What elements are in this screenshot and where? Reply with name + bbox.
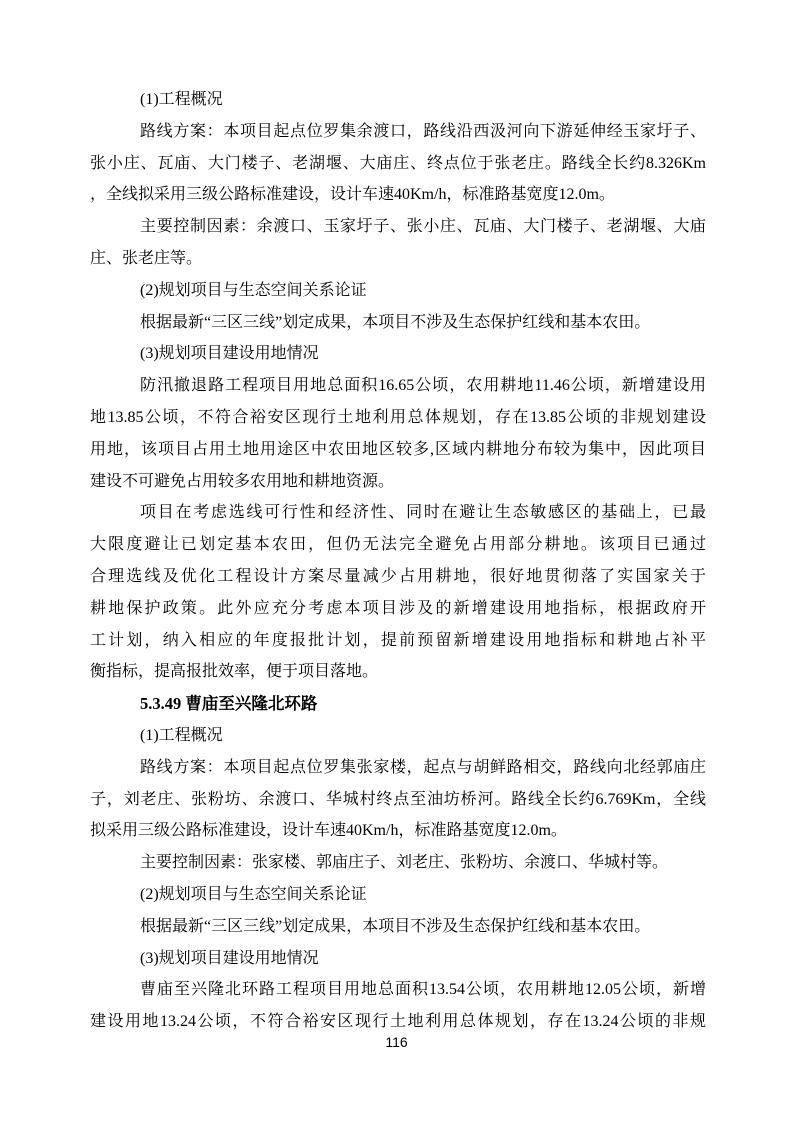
doc-line: 路线方案：本项目起点位罗集张家楼，起点与胡鲜路相交，路线向北经郭庙庄	[90, 752, 706, 784]
page-number: 116	[0, 1034, 793, 1050]
doc-line: 曹庙至兴隆北环路工程项目用地总面积13.54公顷，农用耕地12.05公顷，新增	[90, 974, 706, 1006]
doc-line-item-label: (2)规划项目与生态空间关系论证	[90, 879, 706, 911]
doc-line: 衡指标，提高报批效率，便于项目落地。	[90, 656, 706, 688]
doc-line-item-label: (1)工程概况	[90, 84, 706, 116]
doc-line: 防汛撤退路工程项目用地总面积16.65公顷，农用耕地11.46公顷，新增建设用	[90, 370, 706, 402]
doc-line: 张小庄、瓦庙、大门楼子、老湖堰、大庙庄、终点位于张老庄。路线全长约8.326Km	[90, 148, 706, 180]
document-body: (1)工程概况 路线方案：本项目起点位罗集余渡口，路线沿西汲河向下游延伸经玉家圩…	[90, 84, 706, 1038]
doc-line: 项目在考虑选线可行性和经济性、同时在避让生态敏感区的基础上，已最	[90, 497, 706, 529]
doc-line: 地13.85公顷，不符合裕安区现行土地利用总体规划，存在13.85公顷的非规划建…	[90, 402, 706, 434]
document-page: (1)工程概况 路线方案：本项目起点位罗集余渡口，路线沿西汲河向下游延伸经玉家圩…	[0, 0, 793, 1122]
doc-line: 庄、张老庄等。	[90, 243, 706, 275]
doc-line: 大限度避让已划定基本农田，但仍无法完全避免占用部分耕地。该项目已通过	[90, 529, 706, 561]
doc-line-item-label: (2)规划项目与生态空间关系论证	[90, 275, 706, 307]
doc-line: 建设不可避免占用较多农用地和耕地资源。	[90, 466, 706, 498]
doc-line: 用地，该项目占用土地用途区中农田地区较多,区域内耕地分布较为集中，因此项目	[90, 434, 706, 466]
doc-line: 工计划，纳入相应的年度报批计划，提前预留新增建设用地指标和耕地占补平	[90, 625, 706, 657]
doc-line: 路线方案：本项目起点位罗集余渡口，路线沿西汲河向下游延伸经玉家圩子、	[90, 116, 706, 148]
doc-line-item-label: (3)规划项目建设用地情况	[90, 338, 706, 370]
section-heading: 5.3.49 曹庙至兴隆北环路	[90, 688, 706, 720]
doc-line: 耕地保护政策。此外应充分考虑本项目涉及的新增建设用地指标，根据政府开	[90, 593, 706, 625]
doc-line: 合理选线及优化工程设计方案尽量减少占用耕地，很好地贯彻落了实国家关于	[90, 561, 706, 593]
doc-line: 主要控制因素：张家楼、郭庙庄子、刘老庄、张粉坊、余渡口、华城村等。	[90, 847, 706, 879]
doc-line-item-label: (1)工程概况	[90, 720, 706, 752]
doc-line: 主要控制因素：余渡口、玉家圩子、张小庄、瓦庙、大门楼子、老湖堰、大庙	[90, 211, 706, 243]
doc-line-item-label: (3)规划项目建设用地情况	[90, 943, 706, 975]
doc-line: 子，刘老庄、张粉坊、余渡口、华城村终点至油坊桥河。路线全长约6.769Km，全线	[90, 784, 706, 816]
doc-line: ，全线拟采用三级公路标准建设，设计车速40Km/h，标准路基宽度12.0m。	[90, 179, 706, 211]
doc-line: 拟采用三级公路标准建设，设计车速40Km/h，标准路基宽度12.0m。	[90, 815, 706, 847]
doc-line: 根据最新“三区三线”划定成果，本项目不涉及生态保护红线和基本农田。	[90, 911, 706, 943]
doc-line: 根据最新“三区三线”划定成果，本项目不涉及生态保护红线和基本农田。	[90, 307, 706, 339]
